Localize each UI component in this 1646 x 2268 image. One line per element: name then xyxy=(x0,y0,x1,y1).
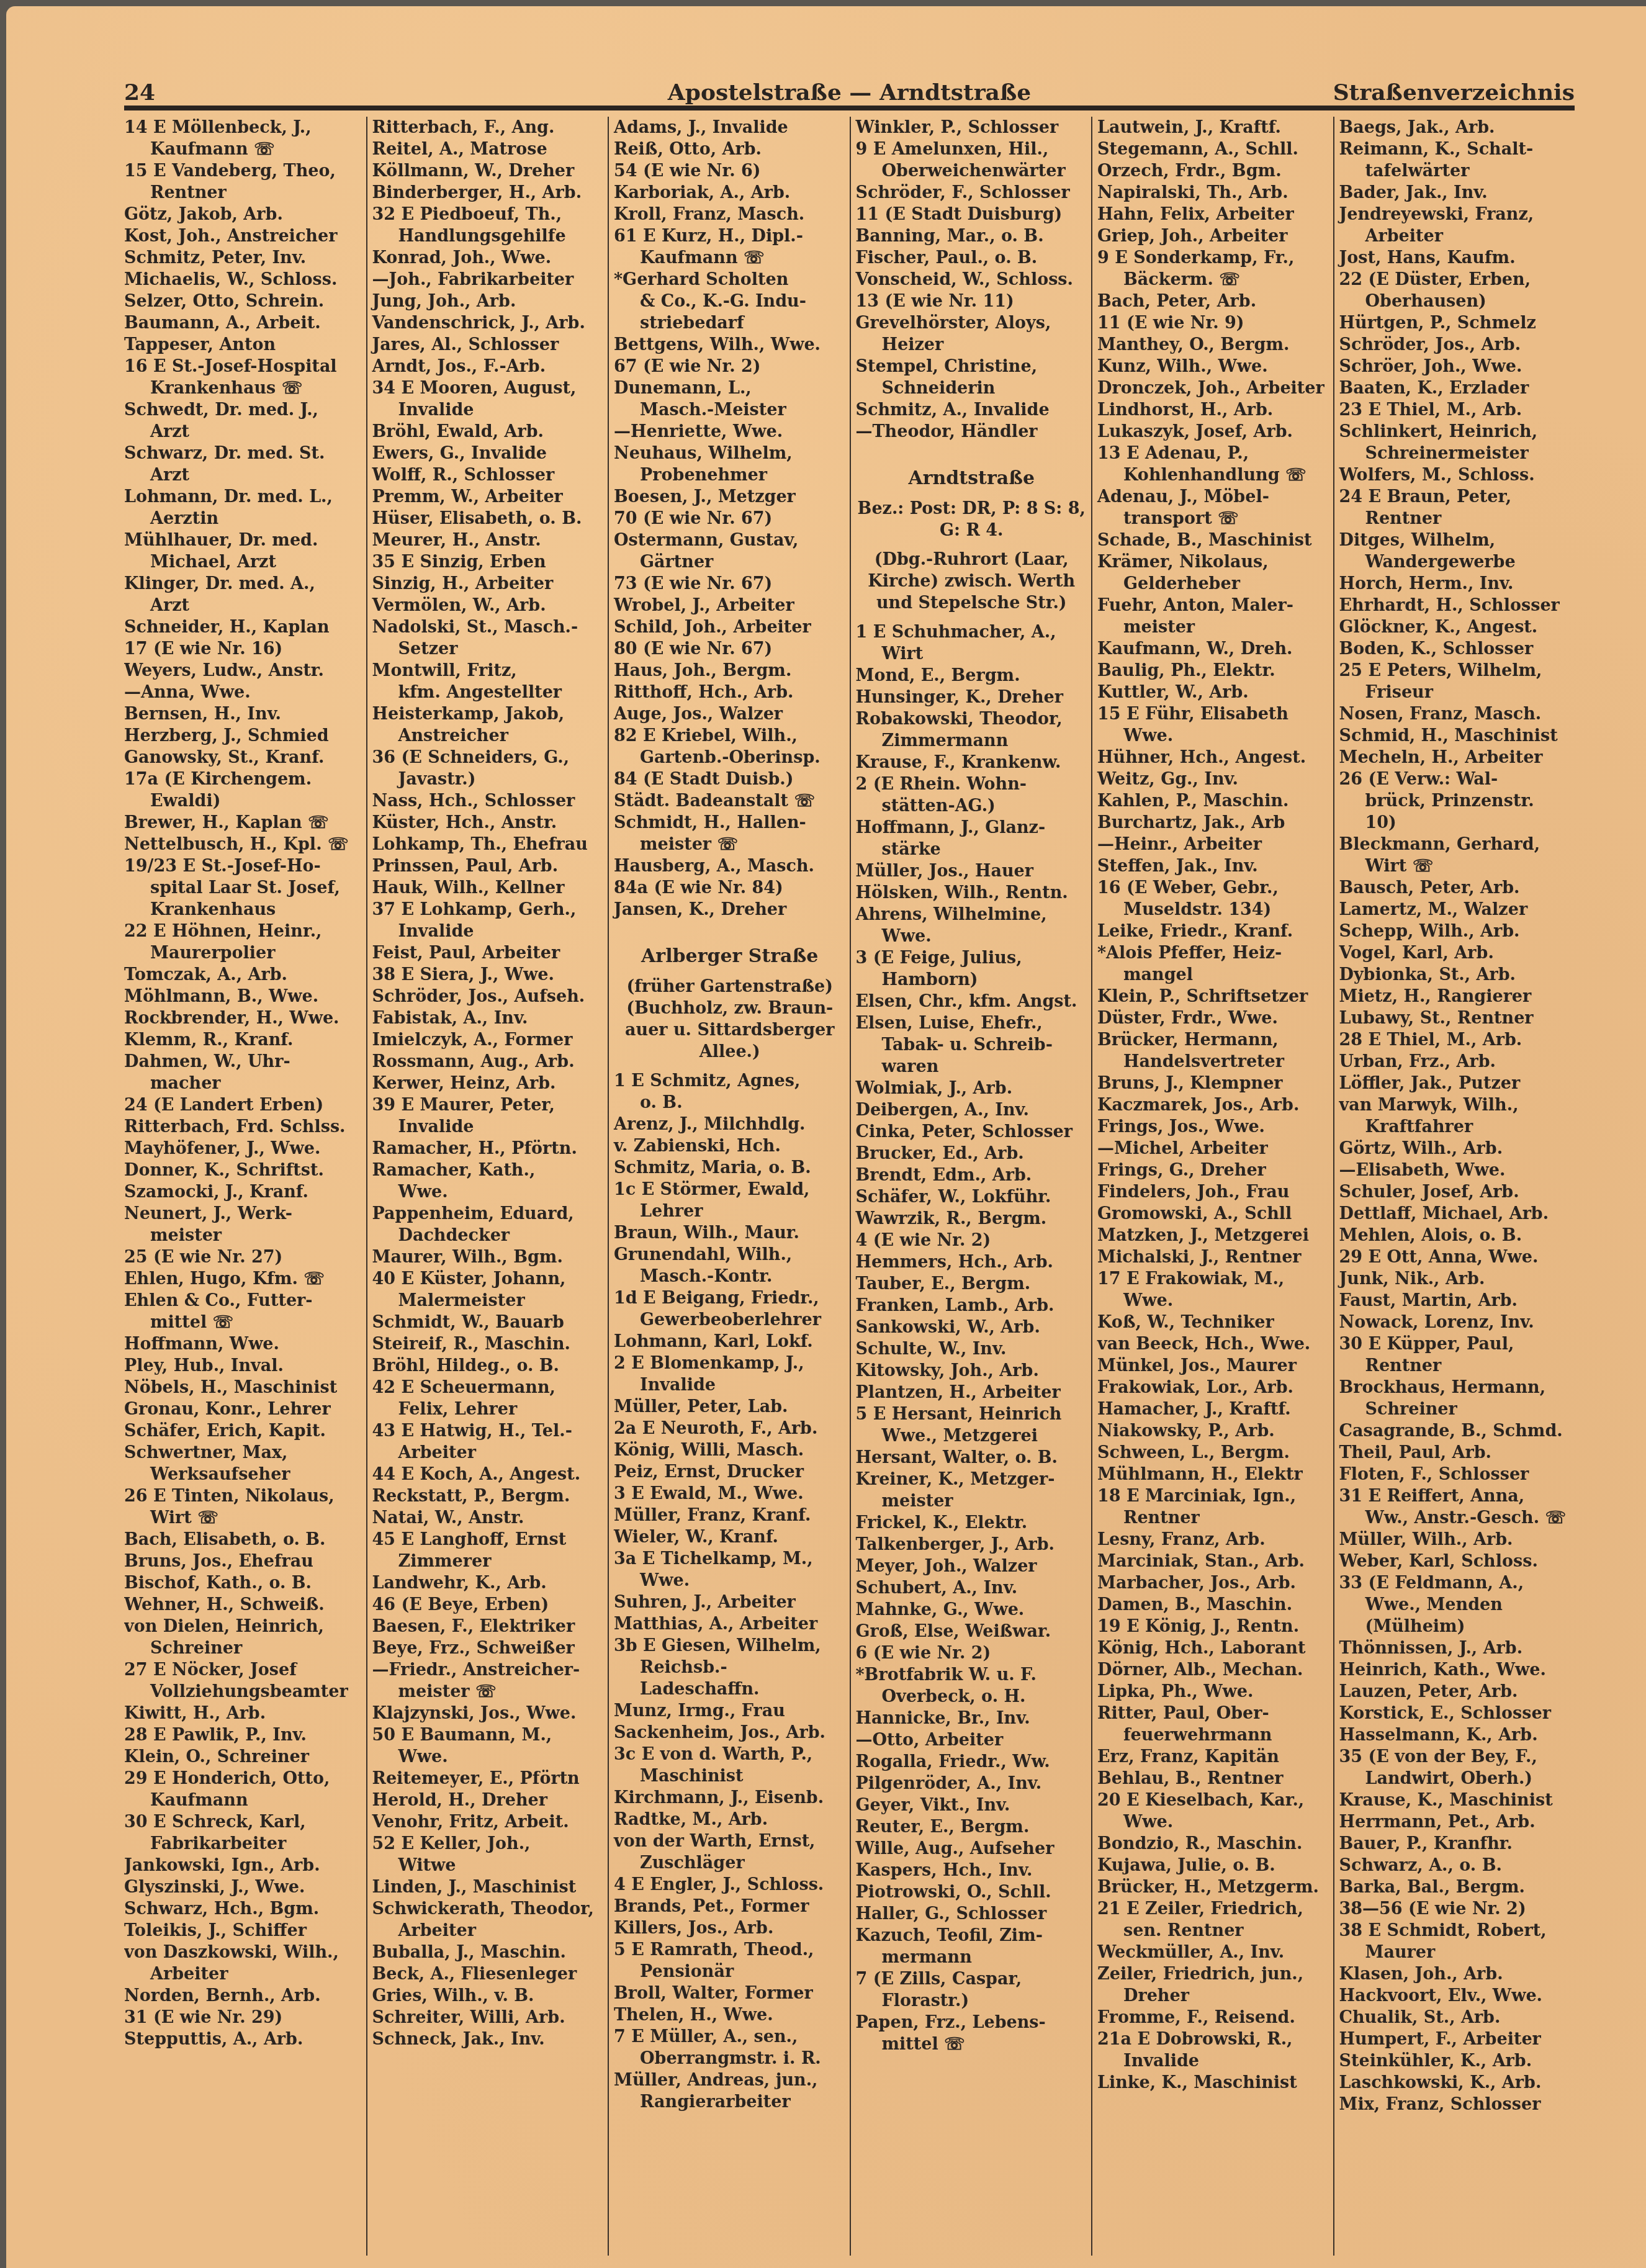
directory-entry: Pley, Hub., Inval. xyxy=(124,1355,362,1377)
entry-text: Winkler, P., Schlosser xyxy=(856,118,1059,137)
directory-entry: 5 E Hersant, HeinrichWwe., Metzgerei xyxy=(856,1403,1088,1447)
entry-text: —Heinr., Arbeiter xyxy=(1097,835,1262,854)
directory-entry: Ritthoff, Hch., Arb. xyxy=(614,682,846,703)
entry-text: Lubawy, St., Rentner xyxy=(1339,1009,1534,1028)
page-header: 24 Apostelstraße — Arndtstraße Straßenve… xyxy=(124,73,1575,106)
entry-text: Ahrens, Wilhelmine, xyxy=(856,905,1047,924)
entry-continuation: Arbeiter xyxy=(1339,225,1572,247)
directory-entry: Hoffmann, Wwe. xyxy=(124,1333,362,1355)
entry-text: Linke, K., Maschinist xyxy=(1097,2073,1297,2092)
entry-text: Boden, K., Schlosser xyxy=(1339,639,1534,659)
entry-continuation: Zimmermann xyxy=(856,730,1088,752)
directory-entry: Bach, Peter, Arb. xyxy=(1097,290,1329,312)
directory-entry: Pilgenröder, A., Inv. xyxy=(856,1773,1088,1794)
directory-entry: Grunendahl, Wilh.,Masch.-Kontr. xyxy=(614,1244,846,1287)
directory-entry: Haus, Joh., Bergm. xyxy=(614,660,846,682)
directory-entry: 17 (E wie Nr. 16) xyxy=(124,638,362,660)
entry-text: Klinger, Dr. med. A., xyxy=(124,574,315,593)
entry-text: Hersant, Walter, o. B. xyxy=(856,1448,1058,1467)
directory-entry: 40 E Küster, Johann,Malermeister xyxy=(372,1268,605,1312)
entry-text: Natai, W., Anstr. xyxy=(372,1508,524,1528)
entry-text: Kazuch, Teofil, Zim- xyxy=(856,1926,1043,1945)
entry-text: Stepputtis, A., Arb. xyxy=(124,2030,303,2049)
directory-entry: 36 (E Schneiders, G.,Javastr.) xyxy=(372,747,605,790)
entry-continuation: Javastr.) xyxy=(372,768,605,790)
entry-text: Münkel, Jos., Maurer xyxy=(1097,1356,1297,1375)
spacer xyxy=(614,1063,846,1070)
entry-continuation: Felix, Lehrer xyxy=(372,1398,605,1420)
entry-continuation: Handelsvertreter xyxy=(1097,1051,1329,1073)
entry-continuation: Schreiner xyxy=(124,1637,362,1659)
entry-text: —Michel, Arbeiter xyxy=(1097,1139,1268,1158)
directory-entry: Premm, W., Arbeiter xyxy=(372,486,605,508)
entry-text: Damen, B., Maschin. xyxy=(1097,1595,1292,1614)
entry-text: Hausberg, A., Masch. xyxy=(614,857,814,876)
directory-entry: Bettgens, Wilh., Wwe. xyxy=(614,334,846,356)
street-note: (Dbg.-Ruhrort (Laar, Kirche) zwisch. Wer… xyxy=(856,549,1088,614)
directory-entry: Münkel, Jos., Maurer xyxy=(1097,1355,1329,1377)
directory-entry: Schwarz, A., o. B. xyxy=(1339,1855,1572,1876)
directory-entry: Michalski, J., Rentner xyxy=(1097,1246,1329,1268)
directory-entry: Groß, Else, Weißwar. xyxy=(856,1621,1088,1642)
entry-text: Städt. Badeanstalt ☏ xyxy=(614,791,815,811)
entry-text: Jung, Joh., Arb. xyxy=(372,292,516,311)
directory-entry: 80 (E wie Nr. 67) xyxy=(614,638,846,660)
entry-text: Bach, Elisabeth, o. B. xyxy=(124,1530,326,1549)
column-1: 14 E Möllenbeck, J.,Kaufmann ☏15 E Vande… xyxy=(124,117,366,2256)
entry-text: Marbacher, Jos., Arb. xyxy=(1097,1573,1296,1593)
directory-entry: Müller, Wilh., Arb. xyxy=(1339,1529,1572,1550)
entry-text: Schmitz, A., Invalide xyxy=(856,400,1050,420)
entry-text: Schween, L., Bergm. xyxy=(1097,1443,1290,1462)
directory-entry: 7 (E Zills, Caspar,Florastr.) xyxy=(856,1968,1088,2012)
directory-entry: Thelen, H., Wwe. xyxy=(614,2004,846,2026)
entry-text: 11 (E wie Nr. 9) xyxy=(1097,313,1244,333)
directory-entry: Selzer, Otto, Schrein. xyxy=(124,290,362,312)
entry-text: Floten, F., Schlosser xyxy=(1339,1465,1529,1484)
directory-entry: Hauk, Wilh., Kellner xyxy=(372,877,605,899)
directory-entry: —Michel, Arbeiter xyxy=(1097,1138,1329,1159)
directory-entry: 15 E Vandeberg, Theo,Rentner xyxy=(124,160,362,204)
entry-text: Müller, Wilh., Arb. xyxy=(1339,1530,1513,1549)
entry-text: Braun, Wilh., Maur. xyxy=(614,1223,799,1243)
directory-entry: Ritterbach, Frd. Schlss. xyxy=(124,1116,362,1138)
directory-entry: Peiz, Ernst, Drucker xyxy=(614,1461,846,1483)
entry-text: 15 E Vandeberg, Theo, xyxy=(124,161,336,181)
entry-continuation: Wwe., Menden (Mülheim) xyxy=(1339,1594,1572,1637)
directory-entry: Weitz, Gg., Inv. xyxy=(1097,768,1329,790)
entry-text: 19 E König, J., Rentn. xyxy=(1097,1617,1299,1636)
entry-text: Nass, Hch., Schlosser xyxy=(372,791,575,811)
entry-continuation: Maurer xyxy=(1339,1942,1572,1963)
directory-entry: Schröder, Jos., Arb. xyxy=(1339,334,1572,356)
directory-entry: *Gerhard Scholten& Co., K.-G. Indu-strie… xyxy=(614,269,846,334)
entry-text: Klemm, R., Kranf. xyxy=(124,1030,293,1050)
entry-text: Ramacher, H., Pförtn. xyxy=(372,1139,577,1158)
entry-continuation: sen. Rentner xyxy=(1097,1920,1329,1942)
directory-entry: —Elisabeth, Wwe. xyxy=(1339,1159,1572,1181)
entry-text: Elsen, Chr., kfm. Angst. xyxy=(856,992,1077,1011)
entry-text: 34 E Mooren, August, xyxy=(372,379,577,398)
directory-entry: Franken, Lamb., Arb. xyxy=(856,1295,1088,1316)
entry-text: 4 (E wie Nr. 2) xyxy=(856,1231,991,1250)
directory-entry: 1 E Schuhmacher, A.,Wirt xyxy=(856,621,1088,665)
directory-entry: Klein, O., Schreiner xyxy=(124,1746,362,1768)
entry-text: Heinrich, Kath., Wwe. xyxy=(1339,1660,1546,1680)
entry-text: Groß, Else, Weißwar. xyxy=(856,1622,1051,1641)
entry-text: Urban, Frz., Arb. xyxy=(1339,1052,1496,1071)
directory-entry: Elsen, Chr., kfm. Angst. xyxy=(856,991,1088,1012)
entry-text: Feist, Paul, Arbeiter xyxy=(372,943,560,963)
entry-continuation: Fabrikarbeiter xyxy=(124,1833,362,1855)
entry-text: Geyer, Vikt., Inv. xyxy=(856,1796,1010,1815)
entry-continuation: feuerwehrmann xyxy=(1097,1724,1329,1746)
entry-text: Heisterkamp, Jakob, xyxy=(372,704,565,724)
entry-text: Schlinkert, Heinrich, xyxy=(1339,422,1538,441)
entry-text: Bondzio, R., Maschin. xyxy=(1097,1834,1302,1853)
entry-text: Matzken, J., Metzgerei xyxy=(1097,1226,1309,1245)
directory-entry: Reitemeyer, E., Pförtn xyxy=(372,1768,605,1789)
directory-entry: Dettlaff, Michael, Arb. xyxy=(1339,1203,1572,1225)
entry-text: Elsen, Luise, Ehefr., xyxy=(856,1014,1043,1033)
entry-text: Ganowsky, St., Kranf. xyxy=(124,748,324,767)
directory-entry: Nowack, Lorenz, Inv. xyxy=(1339,1312,1572,1333)
directory-entry: Hahn, Felix, Arbeiter xyxy=(1097,204,1329,225)
directory-entry: Schulte, W., Inv. xyxy=(856,1338,1088,1360)
entry-text: Schmidt, H., Hallen- xyxy=(614,813,806,832)
entry-continuation: o. B. xyxy=(614,1092,846,1114)
entry-text: 61 E Kurz, H., Dipl.- xyxy=(614,227,803,246)
entry-text: —Anna, Wwe. xyxy=(124,683,251,702)
entry-continuation: Arbeiter xyxy=(372,1920,605,1942)
entry-text: Norden, Bernh., Arb. xyxy=(124,1986,321,2005)
directory-entry: —Anna, Wwe. xyxy=(124,682,362,703)
entry-text: 18 E Marciniak, Ign., xyxy=(1097,1487,1296,1506)
directory-entry: Lubawy, St., Rentner xyxy=(1339,1007,1572,1029)
entry-text: Hölsken, Wilh., Rentn. xyxy=(856,883,1068,902)
entry-text: Humpert, F., Arbeiter xyxy=(1339,2030,1541,2049)
directory-entry: Dahmen, W., Uhr-macher xyxy=(124,1051,362,1094)
directory-entry: Theil, Paul, Arb. xyxy=(1339,1442,1572,1464)
entry-continuation: Krankenhaus ☏ xyxy=(124,377,362,399)
entry-text: Lohmann, Karl, Lokf. xyxy=(614,1332,813,1351)
entry-continuation: Michael, Arzt xyxy=(124,551,362,573)
entry-text: 45 E Langhoff, Ernst xyxy=(372,1530,567,1549)
entry-text: —Theodor, Händler xyxy=(856,422,1038,441)
directory-entry: Fabistak, A., Inv. xyxy=(372,1007,605,1029)
directory-entry: Norden, Bernh., Arb. xyxy=(124,1985,362,2007)
directory-entry: Hemmers, Hch., Arb. xyxy=(856,1251,1088,1273)
directory-entry: 16 E St.-Josef-HospitalKrankenhaus ☏ xyxy=(124,356,362,399)
directory-entry: 9 E Amelunxen, Hil.,Oberweichenwärter xyxy=(856,138,1088,182)
entry-text: Landwehr, K., Arb. xyxy=(372,1573,547,1593)
directory-entry: Jares, Al., Schlosser xyxy=(372,334,605,356)
directory-entry: Thönnissen, J., Arb. xyxy=(1339,1637,1572,1659)
entry-text: Dettlaff, Michael, Arb. xyxy=(1339,1204,1549,1223)
entry-continuation: Masch.-Meister xyxy=(614,399,846,421)
directory-entry: Maurer, Wilh., Bgm. xyxy=(372,1246,605,1268)
directory-entry: Barka, Bal., Bergm. xyxy=(1339,1876,1572,1898)
entry-continuation: Museldstr. 134) xyxy=(1097,899,1329,920)
directory-entry: Frickel, K., Elektr. xyxy=(856,1512,1088,1534)
directory-entry: 35 (E von der Bey, F.,Landwirt, Oberh.) xyxy=(1339,1746,1572,1789)
directory-entry: Ehlen & Co., Futter-mittel ☏ xyxy=(124,1290,362,1333)
entry-text: Theil, Paul, Arb. xyxy=(1339,1443,1491,1462)
directory-entry: Deibergen, A., Inv. xyxy=(856,1099,1088,1121)
entry-text: Baaten, K., Erzlader xyxy=(1339,379,1529,398)
directory-entry: v. Zabienski, Hch. xyxy=(614,1135,846,1157)
directory-entry: Venohr, Fritz, Arbeit. xyxy=(372,1811,605,1833)
entry-text: 11 (E Stadt Duisburg) xyxy=(856,205,1063,224)
directory-entry: Vogel, Karl, Arb. xyxy=(1339,942,1572,964)
directory-entry: Imielczyk, A., Former xyxy=(372,1029,605,1051)
directory-entry: Klasen, Joh., Arb. xyxy=(1339,1963,1572,1985)
entry-continuation: meister xyxy=(856,1490,1088,1512)
directory-entry: Wolfers, M., Schloss. xyxy=(1339,464,1572,486)
directory-entry: Mehlen, Alois, o. B. xyxy=(1339,1225,1572,1246)
directory-entry: Wolmiak, J., Arb. xyxy=(856,1078,1088,1099)
entry-text: Rockbrender, H., Wwe. xyxy=(124,1009,339,1028)
entry-text: Kerwer, Heinz, Arb. xyxy=(372,1074,556,1093)
directory-entry: Brendt, Edm., Arb. xyxy=(856,1164,1088,1186)
directory-entry: Baesen, F., Elektriker xyxy=(372,1616,605,1637)
directory-entry: von Daszkowski, Wilh.,Arbeiter xyxy=(124,1942,362,1985)
entry-text: Junk, Nik., Arb. xyxy=(1339,1269,1485,1289)
entry-text: Bauer, P., Kranfhr. xyxy=(1339,1834,1513,1853)
directory-entry: 27 E Nöcker, JosefVollziehungsbeamter xyxy=(124,1659,362,1703)
entry-text: v. Zabienski, Hch. xyxy=(614,1136,781,1156)
directory-entry: Neuhaus, Wilhelm,Probenehmer xyxy=(614,443,846,486)
directory-entry: Schlinkert, Heinrich,Schreinermeister xyxy=(1339,421,1572,464)
directory-entry: Arndt, Jos., F.-Arb. xyxy=(372,356,605,377)
entry-continuation: mittel ☏ xyxy=(856,2033,1088,2055)
directory-entry: Ewers, G., Invalide xyxy=(372,443,605,464)
entry-text: Düster, Frdr., Wwe. xyxy=(1097,1009,1278,1028)
entry-text: 44 E Koch, A., Angest. xyxy=(372,1465,581,1484)
entry-continuation: Pensionär xyxy=(614,1961,846,1982)
directory-entry: Glöckner, K., Angest. xyxy=(1339,616,1572,638)
entry-continuation: Malermeister xyxy=(372,1290,605,1312)
directory-entry: Hannicke, Br., Inv. xyxy=(856,1708,1088,1729)
entry-text: Lukaszyk, Josef, Arb. xyxy=(1097,422,1293,441)
directory-entry: Binderberger, H., Arb. xyxy=(372,182,605,204)
directory-entry: Kaufmann, W., Dreh. xyxy=(1097,638,1329,660)
directory-entry: Hölsken, Wilh., Rentn. xyxy=(856,882,1088,904)
directory-entry: Brewer, H., Kaplan ☏ xyxy=(124,812,362,834)
directory-entry: Lauzen, Peter, Arb. xyxy=(1339,1681,1572,1703)
directory-entry: Papen, Frz., Lebens-mittel ☏ xyxy=(856,2012,1088,2055)
entry-text: 3 (E Feige, Julius, xyxy=(856,948,1022,968)
entry-text: 37 E Lohkamp, Gerh., xyxy=(372,900,577,919)
directory-entry: Heisterkamp, Jakob,Anstreicher xyxy=(372,703,605,747)
entry-text: Herzberg, J., Schmied xyxy=(124,726,329,745)
entry-text: Neunert, J., Werk- xyxy=(124,1204,292,1223)
entry-text: Erz, Franz, Kapitän xyxy=(1097,1747,1279,1766)
entry-text: 21 E Zeiler, Friedrich, xyxy=(1097,1899,1303,1919)
directory-entry: Orzech, Frdr., Bgm. xyxy=(1097,160,1329,182)
entry-text: Schröer, Joh., Wwe. xyxy=(1339,357,1522,376)
directory-entry: Rossmann, Aug., Arb. xyxy=(372,1051,605,1073)
directory-entry: Mahnke, G., Wwe. xyxy=(856,1599,1088,1621)
entry-text: Hüser, Elisabeth, o. B. xyxy=(372,509,582,528)
entry-text: Bruns, Jos., Ehefrau xyxy=(124,1552,313,1571)
entry-text: 23 E Thiel, M., Arb. xyxy=(1339,400,1522,420)
entry-text: Weckmüller, A., Inv. xyxy=(1097,1943,1284,1962)
entry-text: 21a E Dobrowski, R., xyxy=(1097,2030,1292,2049)
entry-text: Casagrande, B., Schmd. xyxy=(1339,1421,1563,1441)
entry-continuation: Invalide xyxy=(372,399,605,421)
directory-entry: Sackenheim, Jos., Arb. xyxy=(614,1722,846,1744)
directory-entry: Löffler, Jak., Putzer xyxy=(1339,1073,1572,1094)
entry-text: Wieler, W., Kranf. xyxy=(614,1528,778,1547)
entry-text: Bader, Jak., Inv. xyxy=(1339,183,1488,202)
entry-text: Wolmiak, J., Arb. xyxy=(856,1079,1013,1098)
entry-text: Müller, Peter, Lab. xyxy=(614,1397,788,1416)
entry-text: Sinzig, H., Arbeiter xyxy=(372,574,554,593)
directory-entry: —Heinr., Arbeiter xyxy=(1097,834,1329,855)
directory-columns: 14 E Möllenbeck, J.,Kaufmann ☏15 E Vande… xyxy=(124,117,1575,2256)
entry-text: 17a (E Kirchengem. xyxy=(124,770,312,789)
entry-text: Nadolski, St., Masch.- xyxy=(372,618,578,637)
entry-text: Krause, K., Maschinist xyxy=(1339,1791,1553,1810)
entry-continuation: Invalide xyxy=(372,920,605,942)
directory-entry: Hürtgen, P., Schmelz xyxy=(1339,312,1572,334)
directory-entry: Talkenberger, J., Arb. xyxy=(856,1534,1088,1555)
entry-text: van Beeck, Hch., Wwe. xyxy=(1097,1334,1310,1354)
directory-entry: 24 E Braun, Peter,Rentner xyxy=(1339,486,1572,529)
entry-text: 6 (E wie Nr. 2) xyxy=(856,1644,991,1663)
directory-entry: Klemm, R., Kranf. xyxy=(124,1029,362,1051)
directory-entry: Dronczek, Joh., Arbeiter xyxy=(1097,377,1329,399)
entry-text: 3c E von d. Warth, P., xyxy=(614,1745,812,1764)
directory-entry: Marciniak, Stan., Arb. xyxy=(1097,1550,1329,1572)
directory-entry: 42 E Scheuermann,Felix, Lehrer xyxy=(372,1377,605,1420)
entry-text: Schulte, W., Inv. xyxy=(856,1339,1007,1359)
entry-continuation: Reichsb.-Ladeschaffn. xyxy=(614,1657,846,1700)
directory-entry: Mühlhauer, Dr. med.Michael, Arzt xyxy=(124,529,362,573)
directory-entry: 1d E Beigang, Friedr.,Gewerbeoberlehrer xyxy=(614,1287,846,1331)
entry-continuation: Oberrangmstr. i. R. xyxy=(614,2048,846,2069)
directory-entry: Bach, Elisabeth, o. B. xyxy=(124,1529,362,1550)
entry-text: Laschkowski, K., Arb. xyxy=(1339,2073,1542,2092)
entry-continuation: Kaufmann ☏ xyxy=(124,138,362,160)
directory-page: 24 Apostelstraße — Arndtstraße Straßenve… xyxy=(6,6,1646,2268)
directory-entry: Kost, Joh., Anstreicher xyxy=(124,225,362,247)
directory-entry: 7 E Müller, A., sen.,Oberrangmstr. i. R. xyxy=(614,2026,846,2069)
entry-text: Bröhl, Hildeg., o. B. xyxy=(372,1356,559,1375)
entry-text: Baumann, A., Arbeit. xyxy=(124,313,321,333)
entry-text: Mühlhauer, Dr. med. xyxy=(124,531,318,550)
entry-continuation: meister xyxy=(124,1225,362,1246)
directory-entry: Klajzynski, Jos., Wwe. xyxy=(372,1703,605,1724)
directory-entry: 67 (E wie Nr. 2) xyxy=(614,356,846,377)
directory-entry: Bleckmann, Gerhard,Wirt ☏ xyxy=(1339,834,1572,877)
entry-text: Boesen, J., Metzger xyxy=(614,487,796,506)
directory-entry: Bernsen, H., Inv. xyxy=(124,703,362,725)
spacer xyxy=(856,614,1088,621)
directory-entry: Weyers, Ludw., Anstr. xyxy=(124,660,362,682)
entry-text: Nettelbusch, H., Kpl. ☏ xyxy=(124,835,349,854)
entry-text: 54 (E wie Nr. 6) xyxy=(614,161,761,181)
directory-entry: Grevelhörster, Aloys,Heizer xyxy=(856,312,1088,356)
entry-text: Lindhorst, H., Arb. xyxy=(1097,400,1273,420)
entry-text: Brockhaus, Hermann, xyxy=(1339,1378,1546,1397)
directory-entry: Lamertz, M., Walzer xyxy=(1339,899,1572,920)
header-rule xyxy=(124,106,1575,110)
directory-entry: 30 E Küpper, Paul,Rentner xyxy=(1339,1333,1572,1377)
directory-entry: Reimann, K., Schalt-tafelwärter xyxy=(1339,138,1572,182)
entry-text: Tauber, E., Bergm. xyxy=(856,1274,1031,1294)
directory-entry: Frings, G., Dreher xyxy=(1097,1159,1329,1181)
directory-entry: Herold, H., Dreher xyxy=(372,1789,605,1811)
entry-text: Görtz, Wilh., Arb. xyxy=(1339,1139,1503,1158)
directory-entry: Kujawa, Julie, o. B. xyxy=(1097,1855,1329,1876)
directory-entry: Hamacher, J., Kraftf. xyxy=(1097,1398,1329,1420)
directory-entry: —Theodor, Händler xyxy=(856,421,1088,443)
directory-entry: Bondzio, R., Maschin. xyxy=(1097,1833,1329,1855)
directory-entry: Schmidt, H., Hallen-meister ☏ xyxy=(614,812,846,855)
entry-text: 43 E Hatwig, H., Tel.- xyxy=(372,1421,572,1441)
entry-continuation: Lehrer xyxy=(614,1200,846,1222)
entry-continuation: Landwirt, Oberh.) xyxy=(1339,1768,1572,1789)
entry-text: Tomczak, A., Arb. xyxy=(124,965,287,984)
entry-text: 17 E Frakowiak, M., xyxy=(1097,1269,1284,1289)
entry-text: 4 E Engler, J., Schloss. xyxy=(614,1875,824,1894)
directory-entry: Bruns, J., Klempner xyxy=(1097,1073,1329,1094)
directory-entry: Natai, W., Anstr. xyxy=(372,1507,605,1529)
directory-entry: Schwarz, Hch., Bgm. xyxy=(124,1898,362,1920)
directory-entry: Banning, Mar., o. B. xyxy=(856,225,1088,247)
entry-text: Schmidt, W., Bauarb xyxy=(372,1313,564,1332)
entry-text: Matthias, A., Arbeiter xyxy=(614,1614,817,1634)
entry-text: Bettgens, Wilh., Wwe. xyxy=(614,335,821,354)
entry-continuation: Wandergewerbe xyxy=(1339,551,1572,573)
directory-entry: Dunemann, L.,Masch.-Meister xyxy=(614,377,846,421)
entry-text: Bröhl, Ewald, Arb. xyxy=(372,422,544,441)
directory-entry: Bausch, Peter, Arb. xyxy=(1339,877,1572,899)
directory-entry: Wolff, R., Schlosser xyxy=(372,464,605,486)
directory-entry: Krause, F., Krankenw. xyxy=(856,752,1088,773)
directory-entry: Kazuch, Teofil, Zim-mermann xyxy=(856,1925,1088,1968)
directory-entry: Mecheln, H., Arbeiter xyxy=(1339,747,1572,768)
directory-entry: Schmidt, W., Bauarb xyxy=(372,1312,605,1333)
entry-text: Bruns, J., Klempner xyxy=(1097,1074,1283,1093)
directory-entry: van Beeck, Hch., Wwe. xyxy=(1097,1333,1329,1355)
directory-entry: Broll, Walter, Former xyxy=(614,1982,846,2004)
directory-entry: Schuler, Josef, Arb. xyxy=(1339,1181,1572,1203)
entry-text: Köllmann, W., Dreher xyxy=(372,161,575,181)
entry-text: 42 E Scheuermann, xyxy=(372,1378,555,1397)
entry-continuation: Tabak- u. Schreib-waren xyxy=(856,1034,1088,1078)
directory-entry: Montwill, Fritz,kfm. Angestellter xyxy=(372,660,605,703)
directory-entry: Köllmann, W., Dreher xyxy=(372,160,605,182)
entry-continuation: Rentner xyxy=(1097,1507,1329,1529)
directory-entry: Bauer, P., Kranfhr. xyxy=(1339,1833,1572,1855)
entry-text: Schwarz, A., o. B. xyxy=(1339,1856,1502,1875)
entry-text: van Marwyk, Wilh., xyxy=(1339,1096,1519,1115)
entry-text: Klasen, Joh., Arb. xyxy=(1339,1964,1503,1984)
spacer xyxy=(856,541,1088,549)
directory-entry: Kroll, Franz, Masch. xyxy=(614,204,846,225)
directory-entry: 54 (E wie Nr. 6) xyxy=(614,160,846,182)
directory-entry: Mond, E., Bergm. xyxy=(856,665,1088,686)
entry-text: Gries, Wilh., v. B. xyxy=(372,1986,534,2005)
directory-entry: Kahlen, P., Maschin. xyxy=(1097,790,1329,812)
entry-continuation: Wirt xyxy=(856,643,1088,665)
entry-text: Ramacher, Kath., xyxy=(372,1161,536,1180)
directory-entry: Boden, K., Schlosser xyxy=(1339,638,1572,660)
entry-continuation: Invalide xyxy=(614,1374,846,1396)
